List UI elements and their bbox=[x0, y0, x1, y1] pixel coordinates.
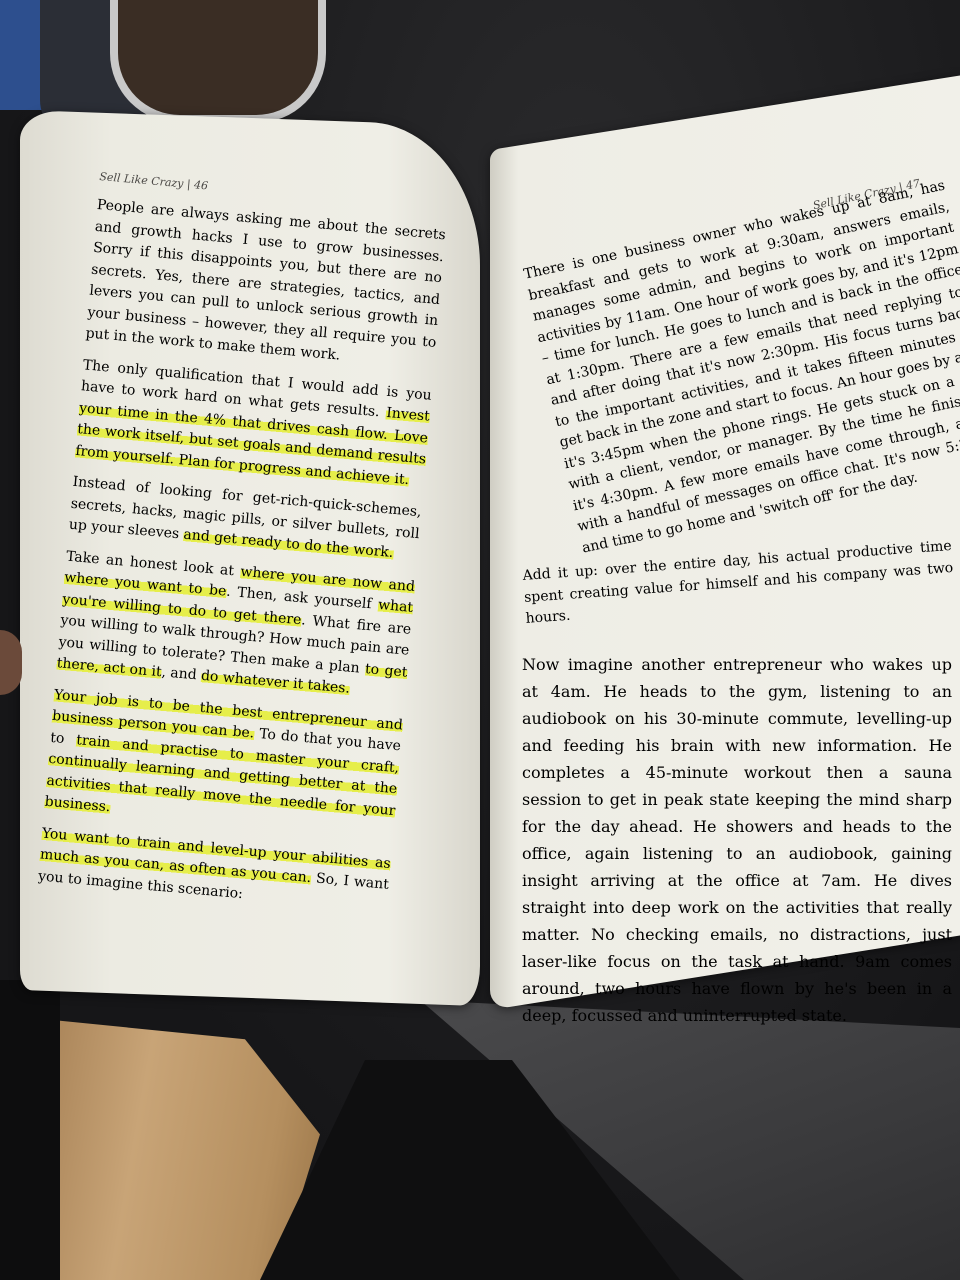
paragraph-text: Now imagine another entrepreneur who wak… bbox=[522, 651, 952, 1029]
dark-sleeve bbox=[0, 980, 60, 1280]
body-text: , and bbox=[161, 664, 202, 683]
left-page-content: Sell Like Crazy | 46 People are always a… bbox=[36, 170, 448, 928]
right-paragraph-3: Now imagine another entrepreneur who wak… bbox=[522, 651, 952, 1029]
cup-rim bbox=[110, 0, 326, 123]
left-paragraph-4: Take an honest look at where you are now… bbox=[56, 546, 416, 705]
paragraph-text: There is one business owner who wakes up… bbox=[522, 176, 960, 560]
right-paragraph-1: There is one business owner who wakes up… bbox=[522, 176, 960, 560]
left-paragraph-2: The only qualification that I would add … bbox=[74, 355, 432, 493]
left-page-body: People are always asking me about the se… bbox=[37, 195, 446, 918]
left-paragraph-5: Your job is to be the best entrepreneur … bbox=[44, 685, 404, 844]
body-text: People are always asking me about the se… bbox=[85, 197, 446, 364]
right-page-content: There is one business owner who wakes up… bbox=[522, 170, 952, 1039]
left-paragraph-1: People are always asking me about the se… bbox=[85, 195, 447, 375]
